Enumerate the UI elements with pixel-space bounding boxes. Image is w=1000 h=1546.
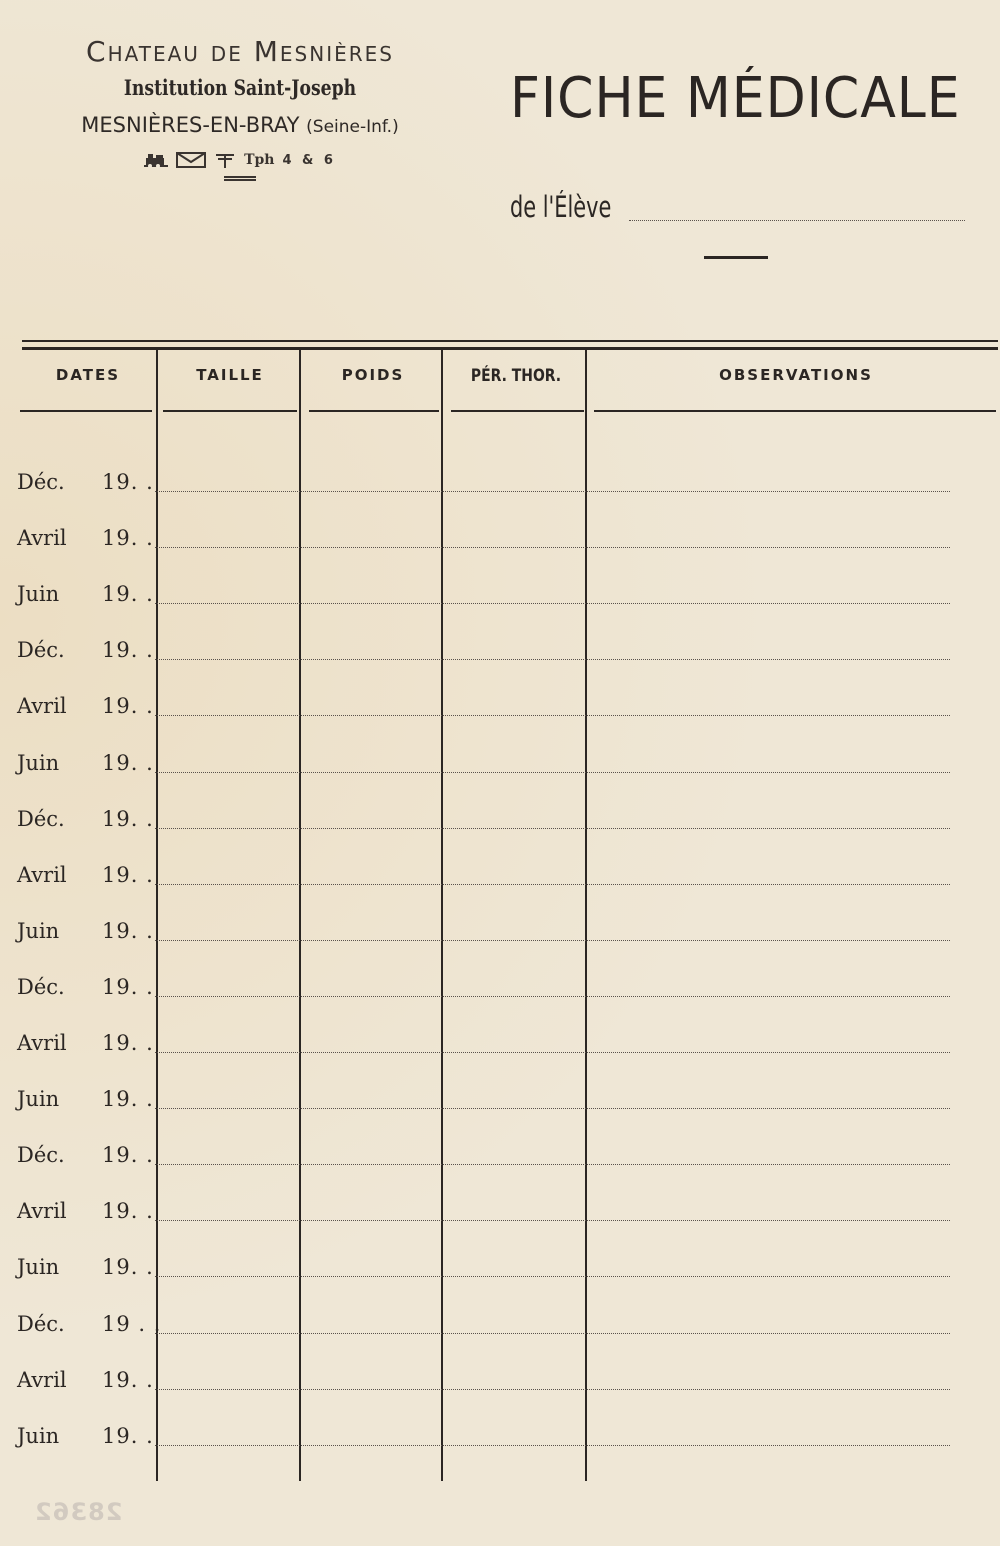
- column-header-observations: OBSERVATIONS: [594, 366, 998, 384]
- institution-name: Institution Saint-Joseph: [60, 72, 421, 104]
- cell-per-thor[interactable]: [443, 606, 585, 660]
- table-row: Déc.19. .: [0, 438, 1000, 494]
- student-name-field[interactable]: [629, 196, 965, 221]
- cell-per-thor[interactable]: [443, 887, 585, 941]
- bleed-through-mark: 28362: [34, 1498, 123, 1526]
- envelope-icon: [176, 152, 206, 168]
- cell-observations[interactable]: [587, 775, 950, 829]
- cell-poids[interactable]: [301, 887, 441, 941]
- row-year: 19 . .: [102, 1312, 161, 1336]
- column-header-per-thor: PÉR. THOR.: [459, 366, 574, 386]
- table-row: Avril19. .: [0, 999, 1000, 1055]
- row-month: Avril: [17, 1031, 67, 1055]
- row-month: Juin: [17, 1424, 59, 1448]
- row-year: 19. .: [102, 1199, 154, 1223]
- table-row: Juin19. .: [0, 1223, 1000, 1279]
- table-row: Juin19. .: [0, 1392, 1000, 1448]
- row-year: 19. .: [102, 863, 154, 887]
- table-row: Déc.19. .: [0, 775, 1000, 831]
- cell-per-thor[interactable]: [443, 1336, 585, 1390]
- cell-per-thor[interactable]: [443, 999, 585, 1053]
- row-month: Déc.: [17, 807, 65, 831]
- cell-poids[interactable]: [301, 1111, 441, 1165]
- row-month: Juin: [17, 1087, 59, 1111]
- cell-observations[interactable]: [587, 662, 950, 716]
- cell-taille[interactable]: [158, 1055, 299, 1109]
- cell-per-thor[interactable]: [443, 1167, 585, 1221]
- header-rule: [594, 410, 996, 412]
- cell-taille[interactable]: [158, 1111, 299, 1165]
- cell-poids[interactable]: [301, 719, 441, 773]
- column-header-poids: POIDS: [306, 366, 440, 384]
- row-year: 19. .: [102, 526, 154, 550]
- row-month: Avril: [17, 526, 67, 550]
- cell-poids[interactable]: [301, 662, 441, 716]
- cell-poids[interactable]: [301, 999, 441, 1053]
- table-row: Juin19. .: [0, 1055, 1000, 1111]
- cell-observations[interactable]: [587, 1223, 950, 1277]
- cell-poids[interactable]: [301, 831, 441, 885]
- cell-taille[interactable]: [158, 887, 299, 941]
- header-rule: [163, 410, 297, 412]
- cell-taille[interactable]: [158, 606, 299, 660]
- letterhead: Chateau de Mesnières Institution Saint-J…: [20, 30, 460, 181]
- row-year: 19. .: [102, 582, 154, 606]
- telephone-label: Tph: [244, 152, 274, 168]
- row-year: 19. .: [102, 807, 154, 831]
- row-year: 19. .: [102, 975, 154, 999]
- cell-observations[interactable]: [587, 1336, 950, 1390]
- cell-per-thor[interactable]: [443, 550, 585, 604]
- cell-poids[interactable]: [301, 943, 441, 997]
- cell-per-thor[interactable]: [443, 1223, 585, 1277]
- form-title: FICHE MÉDICALE: [510, 66, 961, 131]
- train-icon: [144, 152, 168, 168]
- cell-poids[interactable]: [301, 1392, 441, 1446]
- cell-taille[interactable]: [158, 1336, 299, 1390]
- row-month: Juin: [17, 1255, 59, 1279]
- row-year: 19. .: [102, 1031, 154, 1055]
- cell-per-thor[interactable]: [443, 719, 585, 773]
- column-header-dates: DATES: [22, 366, 154, 384]
- cell-taille[interactable]: [158, 999, 299, 1053]
- row-month: Avril: [17, 694, 67, 718]
- phone-numbers: 4 & 6: [282, 153, 335, 168]
- row-month: Juin: [17, 582, 59, 606]
- row-year: 19. .: [102, 694, 154, 718]
- student-label: de l'Élève: [510, 190, 611, 224]
- cell-poids[interactable]: [301, 494, 441, 548]
- table-row: Déc.19. .: [0, 1111, 1000, 1167]
- cell-per-thor[interactable]: [443, 1392, 585, 1446]
- cell-per-thor[interactable]: [443, 831, 585, 885]
- cell-taille[interactable]: [158, 775, 299, 829]
- row-month: Avril: [17, 863, 67, 887]
- cell-per-thor[interactable]: [443, 775, 585, 829]
- cell-taille[interactable]: [158, 494, 299, 548]
- town-name: MESNIÈRES-EN-BRAY: [81, 113, 299, 137]
- cell-observations[interactable]: [587, 606, 950, 660]
- row-year: 19. .: [102, 638, 154, 662]
- row-year: 19. .: [102, 1143, 154, 1167]
- cell-observations[interactable]: [587, 1167, 950, 1221]
- title-separator: [704, 256, 768, 259]
- cell-poids[interactable]: [301, 1223, 441, 1277]
- cell-poids[interactable]: [301, 606, 441, 660]
- letterhead-title: Chateau de Mesnières: [20, 34, 460, 70]
- table-row: Avril19. .: [0, 662, 1000, 718]
- table-row: Déc.19 . .: [0, 1280, 1000, 1336]
- cell-observations[interactable]: [587, 550, 950, 604]
- double-rule: [224, 176, 256, 181]
- cell-poids[interactable]: [301, 775, 441, 829]
- table-row: Déc.19. .: [0, 943, 1000, 999]
- cell-taille[interactable]: [158, 550, 299, 604]
- cell-poids[interactable]: [301, 550, 441, 604]
- cell-taille[interactable]: [158, 1392, 299, 1446]
- cell-taille[interactable]: [158, 943, 299, 997]
- row-month: Déc.: [17, 975, 65, 999]
- cell-per-thor[interactable]: [443, 1280, 585, 1334]
- table-row: Avril19. .: [0, 1167, 1000, 1223]
- cell-observations[interactable]: [587, 943, 950, 997]
- header-rule: [451, 410, 584, 412]
- cell-per-thor[interactable]: [443, 662, 585, 716]
- contact-icons: Tph 4 & 6: [20, 152, 460, 168]
- header-rule: [309, 410, 439, 412]
- row-month: Déc.: [17, 638, 65, 662]
- cell-taille[interactable]: [158, 719, 299, 773]
- row-year: 19. .: [102, 1087, 154, 1111]
- cell-poids[interactable]: [301, 1336, 441, 1390]
- cell-observations[interactable]: [587, 1280, 950, 1334]
- cell-per-thor[interactable]: [443, 1111, 585, 1165]
- table-row: Juin19. .: [0, 550, 1000, 606]
- cell-taille[interactable]: [158, 662, 299, 716]
- table-row: Juin19. .: [0, 719, 1000, 775]
- telegraph-icon: [214, 152, 236, 168]
- cell-per-thor[interactable]: [443, 494, 585, 548]
- table-row: Déc.19. .: [0, 606, 1000, 662]
- column-header-taille: TAILLE: [162, 366, 298, 384]
- table-row: Juin19. .: [0, 887, 1000, 943]
- cell-observations[interactable]: [587, 438, 950, 492]
- town-line: MESNIÈRES-EN-BRAY (Seine-Inf.): [20, 110, 460, 142]
- row-month: Déc.: [17, 470, 65, 494]
- cell-observations[interactable]: [587, 1392, 950, 1446]
- cell-taille[interactable]: [158, 438, 299, 492]
- cell-taille[interactable]: [158, 1223, 299, 1277]
- row-year: 19. .: [102, 919, 154, 943]
- cell-taille[interactable]: [158, 831, 299, 885]
- cell-observations[interactable]: [587, 999, 950, 1053]
- cell-per-thor[interactable]: [443, 1055, 585, 1109]
- table-top-rule: [22, 340, 998, 350]
- cell-poids[interactable]: [301, 1280, 441, 1334]
- row-year: 19. .: [102, 1424, 154, 1448]
- cell-observations[interactable]: [587, 1111, 950, 1165]
- row-year: 19. .: [102, 470, 154, 494]
- row-year: 19. .: [102, 751, 154, 775]
- cell-poids[interactable]: [301, 1055, 441, 1109]
- row-month: Avril: [17, 1199, 67, 1223]
- row-month: Déc.: [17, 1312, 65, 1336]
- cell-poids[interactable]: [301, 438, 441, 492]
- header-rule: [20, 410, 152, 412]
- table-row: Avril19. .: [0, 494, 1000, 550]
- row-year: 19. .: [102, 1255, 154, 1279]
- cell-observations[interactable]: [587, 1055, 950, 1109]
- row-month: Avril: [17, 1368, 67, 1392]
- row-month: Juin: [17, 919, 59, 943]
- cell-taille[interactable]: [158, 1280, 299, 1334]
- row-month: Juin: [17, 751, 59, 775]
- row-year: 19. .: [102, 1368, 154, 1392]
- cell-taille[interactable]: [158, 1167, 299, 1221]
- cell-observations[interactable]: [587, 831, 950, 885]
- cell-poids[interactable]: [301, 1167, 441, 1221]
- table-row: Avril19. .: [0, 1336, 1000, 1392]
- cell-observations[interactable]: [587, 887, 950, 941]
- cell-observations[interactable]: [587, 494, 950, 548]
- department: (Seine-Inf.): [306, 117, 399, 137]
- cell-per-thor[interactable]: [443, 438, 585, 492]
- student-name-row: de l'Élève: [510, 190, 965, 224]
- table-row: Avril19. .: [0, 831, 1000, 887]
- cell-per-thor[interactable]: [443, 943, 585, 997]
- row-month: Déc.: [17, 1143, 65, 1167]
- cell-observations[interactable]: [587, 719, 950, 773]
